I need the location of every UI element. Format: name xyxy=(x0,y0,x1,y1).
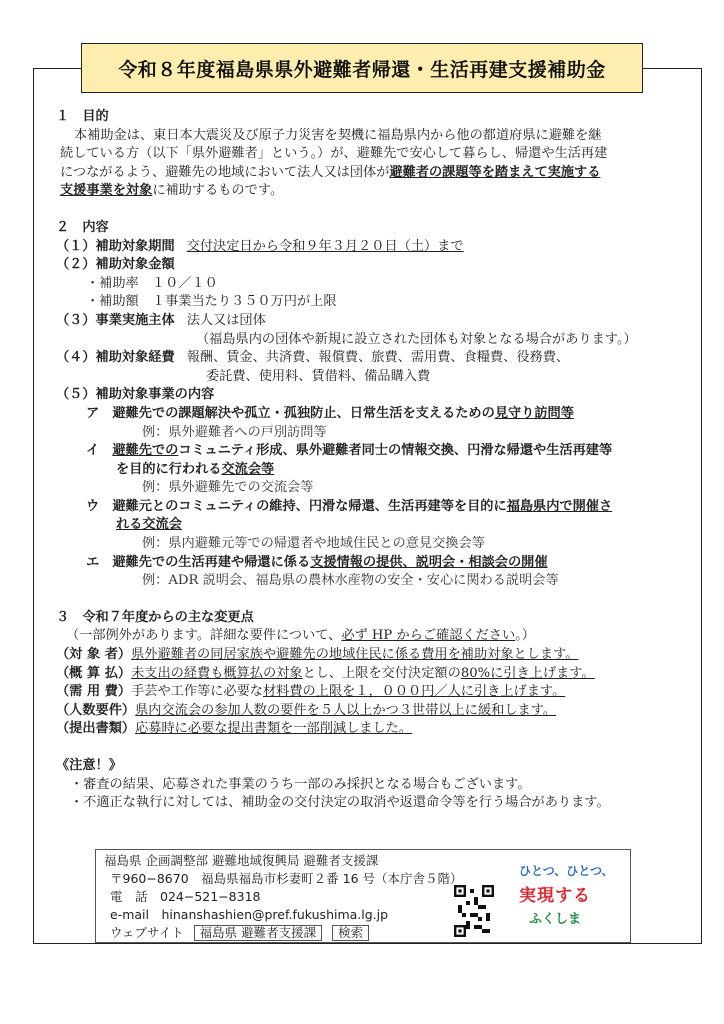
section-3-heading: ３ 令和７年度からの主な変更点 xyxy=(56,609,682,628)
caution-item: ・不適正な執行に対しては、補助金の交付決定の取消や返還命令等を行う場合があります… xyxy=(56,794,682,813)
contact-email[interactable]: e-mail hinanshashien@pref.fukushima.lg.j… xyxy=(110,906,388,924)
subsidy-cap: ・補助額 １事業当たり３５０万円が上限 xyxy=(56,293,682,312)
eligible-expenses: （４）補助対象経費報酬、賃金、共済費、報償費、旅費、需用費、食糧費、役務費、 xyxy=(56,349,682,368)
search-term-box[interactable]: 福島県 避難者支援課 xyxy=(194,925,322,941)
website-row: ウェブサイト 福島県 避難者支援課 検索 xyxy=(110,924,369,942)
change-item: （人数要件）県内交流会の参加人数の要件を５人以上かつ３世帯以上に緩和します。 xyxy=(56,702,682,721)
page-title: 令和８年度福島県県外避難者帰還・生活再建支援補助金 xyxy=(81,43,643,93)
emphasis-text: 避難者の課題等を踏まえて実施する xyxy=(389,165,600,180)
project-e-example: 例：ADR 説明会、福島県の農林水産物の安全・安心に関わる説明会等 xyxy=(56,572,682,591)
project-e: エ 避難先での生活再建や帰還に係る支援情報の提供、説明会・相談会の開催 xyxy=(56,554,682,573)
section-1-paragraph: 本補助金は、東日本大震災及び原子力災害を契機に福島県内から他の都道府県に避難を継… xyxy=(56,127,682,201)
subsidy-amount-label: （２）補助対象金額 xyxy=(56,256,682,275)
project-u-example: 例：県内避難元等での帰還者や地域住民との意見交換会等 xyxy=(56,535,682,554)
project-i: イ 避難先でのコミュニティ形成、県外避難者同士の情報交換、円滑な帰還や生活再建等 xyxy=(56,442,682,461)
section-2-heading: ２ 内容 xyxy=(56,219,682,238)
section-1-heading: １ 目的 xyxy=(56,108,682,127)
contact-address: 〒960−8670 福島県福島市杉妻町２番 16 号（本庁舎５階） xyxy=(110,870,463,888)
project-u: ウ 避難元とのコミュニティの維持、円滑な帰還、生活再建等を目的に福島県内で開催さ xyxy=(56,498,682,517)
change-item: （概 算 払）未支出の経費も概算払の対象とし、上限を交付決定額の80%に引き上げ… xyxy=(56,665,682,684)
subsidy-period: （１）補助対象期間交付決定日から令和９年３月２０日（土）まで xyxy=(56,238,682,257)
eligible-projects-label: （５）補助対象事業の内容 xyxy=(56,386,682,405)
search-button[interactable]: 検索 xyxy=(332,925,369,941)
contact-dept: 福島県 企画調整部 避難地域復興局 避難者支援課 xyxy=(104,852,378,870)
entity-note: （福島県内の団体や新規に設立された団体も対象となる場合があります。） xyxy=(56,331,682,350)
qr-code-icon[interactable] xyxy=(454,885,494,937)
project-i-example: 例：県外避難先での交流会等 xyxy=(56,479,682,498)
implementing-entity: （３）事業実施主体法人又は団体 xyxy=(56,312,682,331)
hp-link[interactable]: 必ず HP からご確認ください xyxy=(341,628,515,643)
caution-item: ・審査の結果、応募された事業のうち一部のみ採択となる場合もございます。 xyxy=(56,776,682,795)
subsidy-rate: ・補助率 １０／１０ xyxy=(56,275,682,294)
caution-heading: 《注意！》 xyxy=(56,757,682,776)
change-item: （需 用 費）手芸や工作等に必要な材料費の上限を１，０００円／人に引き上げます。 xyxy=(56,683,682,702)
slogan-logo: ひとつ、ひとつ、 実現する ふくしま xyxy=(519,862,603,936)
document-body: １ 目的 本補助金は、東日本大震災及び原子力災害を契機に福島県内から他の都道府県… xyxy=(56,108,682,813)
change-item: （対 象 者）県外避難者の同居家族や避難先の地域住民に係る費用を補助対象とします… xyxy=(56,646,682,665)
changes-note: （一部例外があります。詳細な要件について、必ず HP からご確認ください。） xyxy=(56,627,682,646)
project-a-example: 例：県外避難者への戸別訪問等 xyxy=(56,424,682,443)
project-a: ア 避難先での課題解決や孤立・孤独防止、日常生活を支えるための見守り訪問等 xyxy=(56,405,682,424)
contact-phone: 電 話 024−521−8318 xyxy=(110,888,260,906)
change-item: （提出書類）応募時に必要な提出書類を一部削減しました。 xyxy=(56,720,682,739)
emphasis-text: 支援事業を対象 xyxy=(60,183,152,198)
